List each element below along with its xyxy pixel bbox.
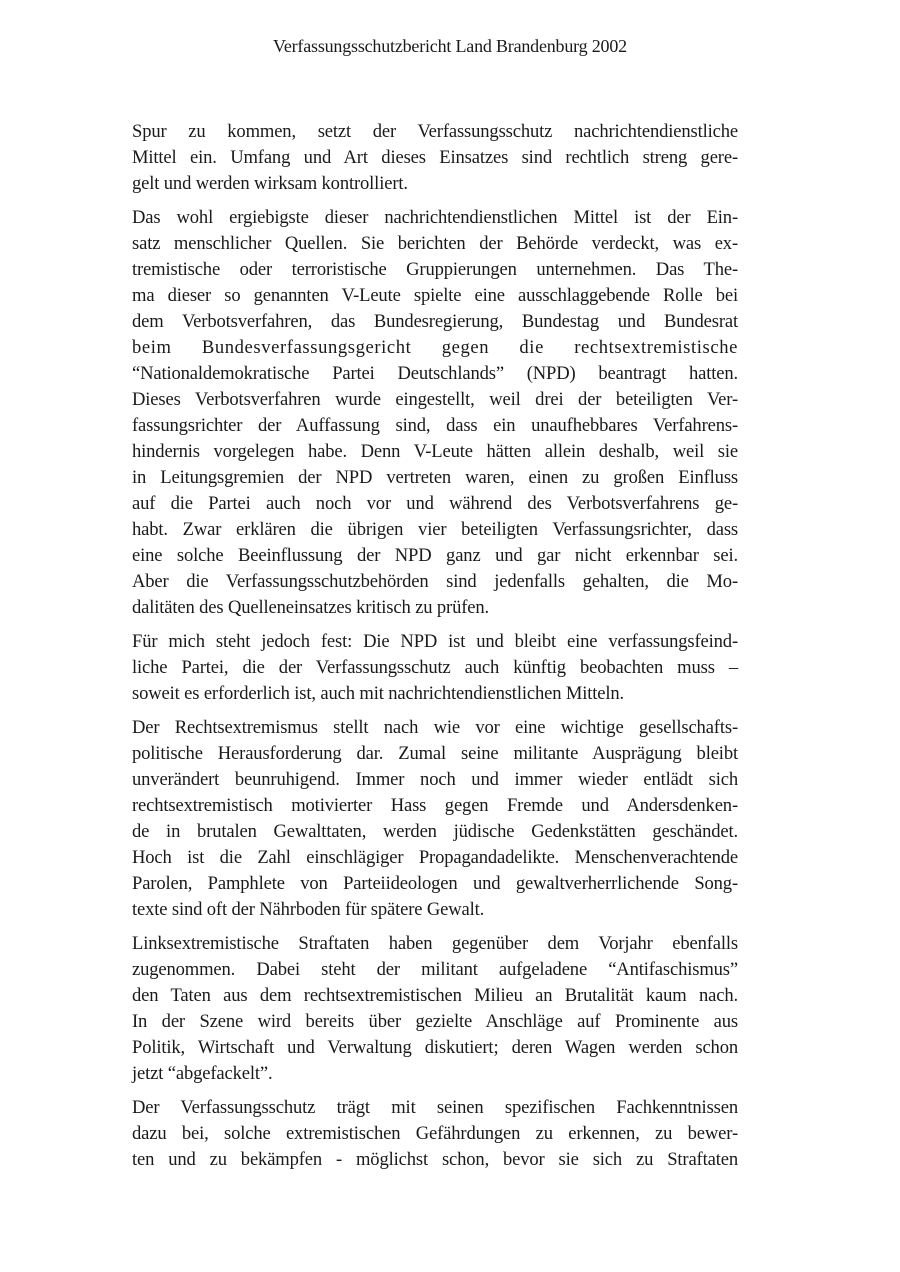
text-line: fassungsrichter der Auffassung sind, das… — [132, 413, 738, 439]
text-line: dazu bei, solche extremistischen Gefährd… — [132, 1121, 738, 1147]
text-line: jetzt “abgefackelt”. — [132, 1061, 738, 1087]
text-line: eine solche Beeinflussung der NPD ganz u… — [132, 543, 738, 569]
text-line: hindernis vorgelegen habe. Denn V-Leute … — [132, 439, 738, 465]
paragraph-4: Der Rechtsextremismus stellt nach wie vo… — [132, 715, 738, 923]
text-line: In der Szene wird bereits über gezielte … — [132, 1009, 738, 1035]
text-line: zugenommen. Dabei steht der militant auf… — [132, 957, 738, 983]
paragraph-6: Der Verfassungsschutz trägt mit seinen s… — [132, 1095, 738, 1173]
text-line: Für mich steht jedoch fest: Die NPD ist … — [132, 629, 738, 655]
text-line: Politik, Wirtschaft und Verwaltung disku… — [132, 1035, 738, 1061]
text-line: ten und zu bekämpfen - möglichst schon, … — [132, 1147, 738, 1173]
text-line: gelt und werden wirksam kontrolliert. — [132, 171, 738, 197]
text-line: den Taten aus dem rechtsextremistischen … — [132, 983, 738, 1009]
text-line: unverändert beunruhigend. Immer noch und… — [132, 767, 738, 793]
text-line: liche Partei, die der Verfassungsschutz … — [132, 655, 738, 681]
text-line: Linksextremistische Straftaten haben geg… — [132, 931, 738, 957]
text-line: texte sind oft der Nährboden für spätere… — [132, 897, 738, 923]
text-line: Dieses Verbotsverfahren wurde eingestell… — [132, 387, 738, 413]
paragraph-3: Für mich steht jedoch fest: Die NPD ist … — [132, 629, 738, 707]
text-line: ma dieser so genannten V-Leute spielte e… — [132, 283, 738, 309]
text-line: politische Herausforderung dar. Zumal se… — [132, 741, 738, 767]
text-line: habt. Zwar erklären die übrigen vier bet… — [132, 517, 738, 543]
text-line: dem Verbotsverfahren, das Bundesregierun… — [132, 309, 738, 335]
text-line: Hoch ist die Zahl einschlägiger Propagan… — [132, 845, 738, 871]
text-line: satz menschlicher Quellen. Sie berichten… — [132, 231, 738, 257]
paragraph-2: Das wohl ergiebigste dieser nachrichtend… — [132, 205, 738, 621]
text-line: in Leitungsgremien der NPD vertreten war… — [132, 465, 738, 491]
text-line: Das wohl ergiebigste dieser nachrichtend… — [132, 205, 738, 231]
text-line: de in brutalen Gewalttaten, werden jüdis… — [132, 819, 738, 845]
text-line: Spur zu kommen, setzt der Verfassungssch… — [132, 119, 738, 145]
text-line: tremistische oder terroristische Gruppie… — [132, 257, 738, 283]
text-line: soweit es erforderlich ist, auch mit nac… — [132, 681, 738, 707]
running-header: Verfassungsschutzbericht Land Brandenbur… — [0, 36, 900, 57]
text-line: Aber die Verfassungsschutzbehörden sind … — [132, 569, 738, 595]
text-line: Der Verfassungsschutz trägt mit seinen s… — [132, 1095, 738, 1121]
paragraph-5: Linksextremistische Straftaten haben geg… — [132, 931, 738, 1087]
text-line: dalitäten des Quelleneinsatzes kritisch … — [132, 595, 738, 621]
text-line: beim Bundesverfassungsgericht gegen die … — [132, 335, 738, 361]
text-line: auf die Partei auch noch vor und während… — [132, 491, 738, 517]
text-line: Der Rechtsextremismus stellt nach wie vo… — [132, 715, 738, 741]
text-line: Parolen, Pamphlete von Parteiideologen u… — [132, 871, 738, 897]
text-line: Mittel ein. Umfang und Art dieses Einsat… — [132, 145, 738, 171]
body-text: Spur zu kommen, setzt der Verfassungssch… — [132, 119, 738, 1181]
paragraph-1: Spur zu kommen, setzt der Verfassungssch… — [132, 119, 738, 197]
text-line: rechtsextremistisch motivierter Hass geg… — [132, 793, 738, 819]
text-line: “Nationaldemokratische Partei Deutschlan… — [132, 361, 738, 387]
